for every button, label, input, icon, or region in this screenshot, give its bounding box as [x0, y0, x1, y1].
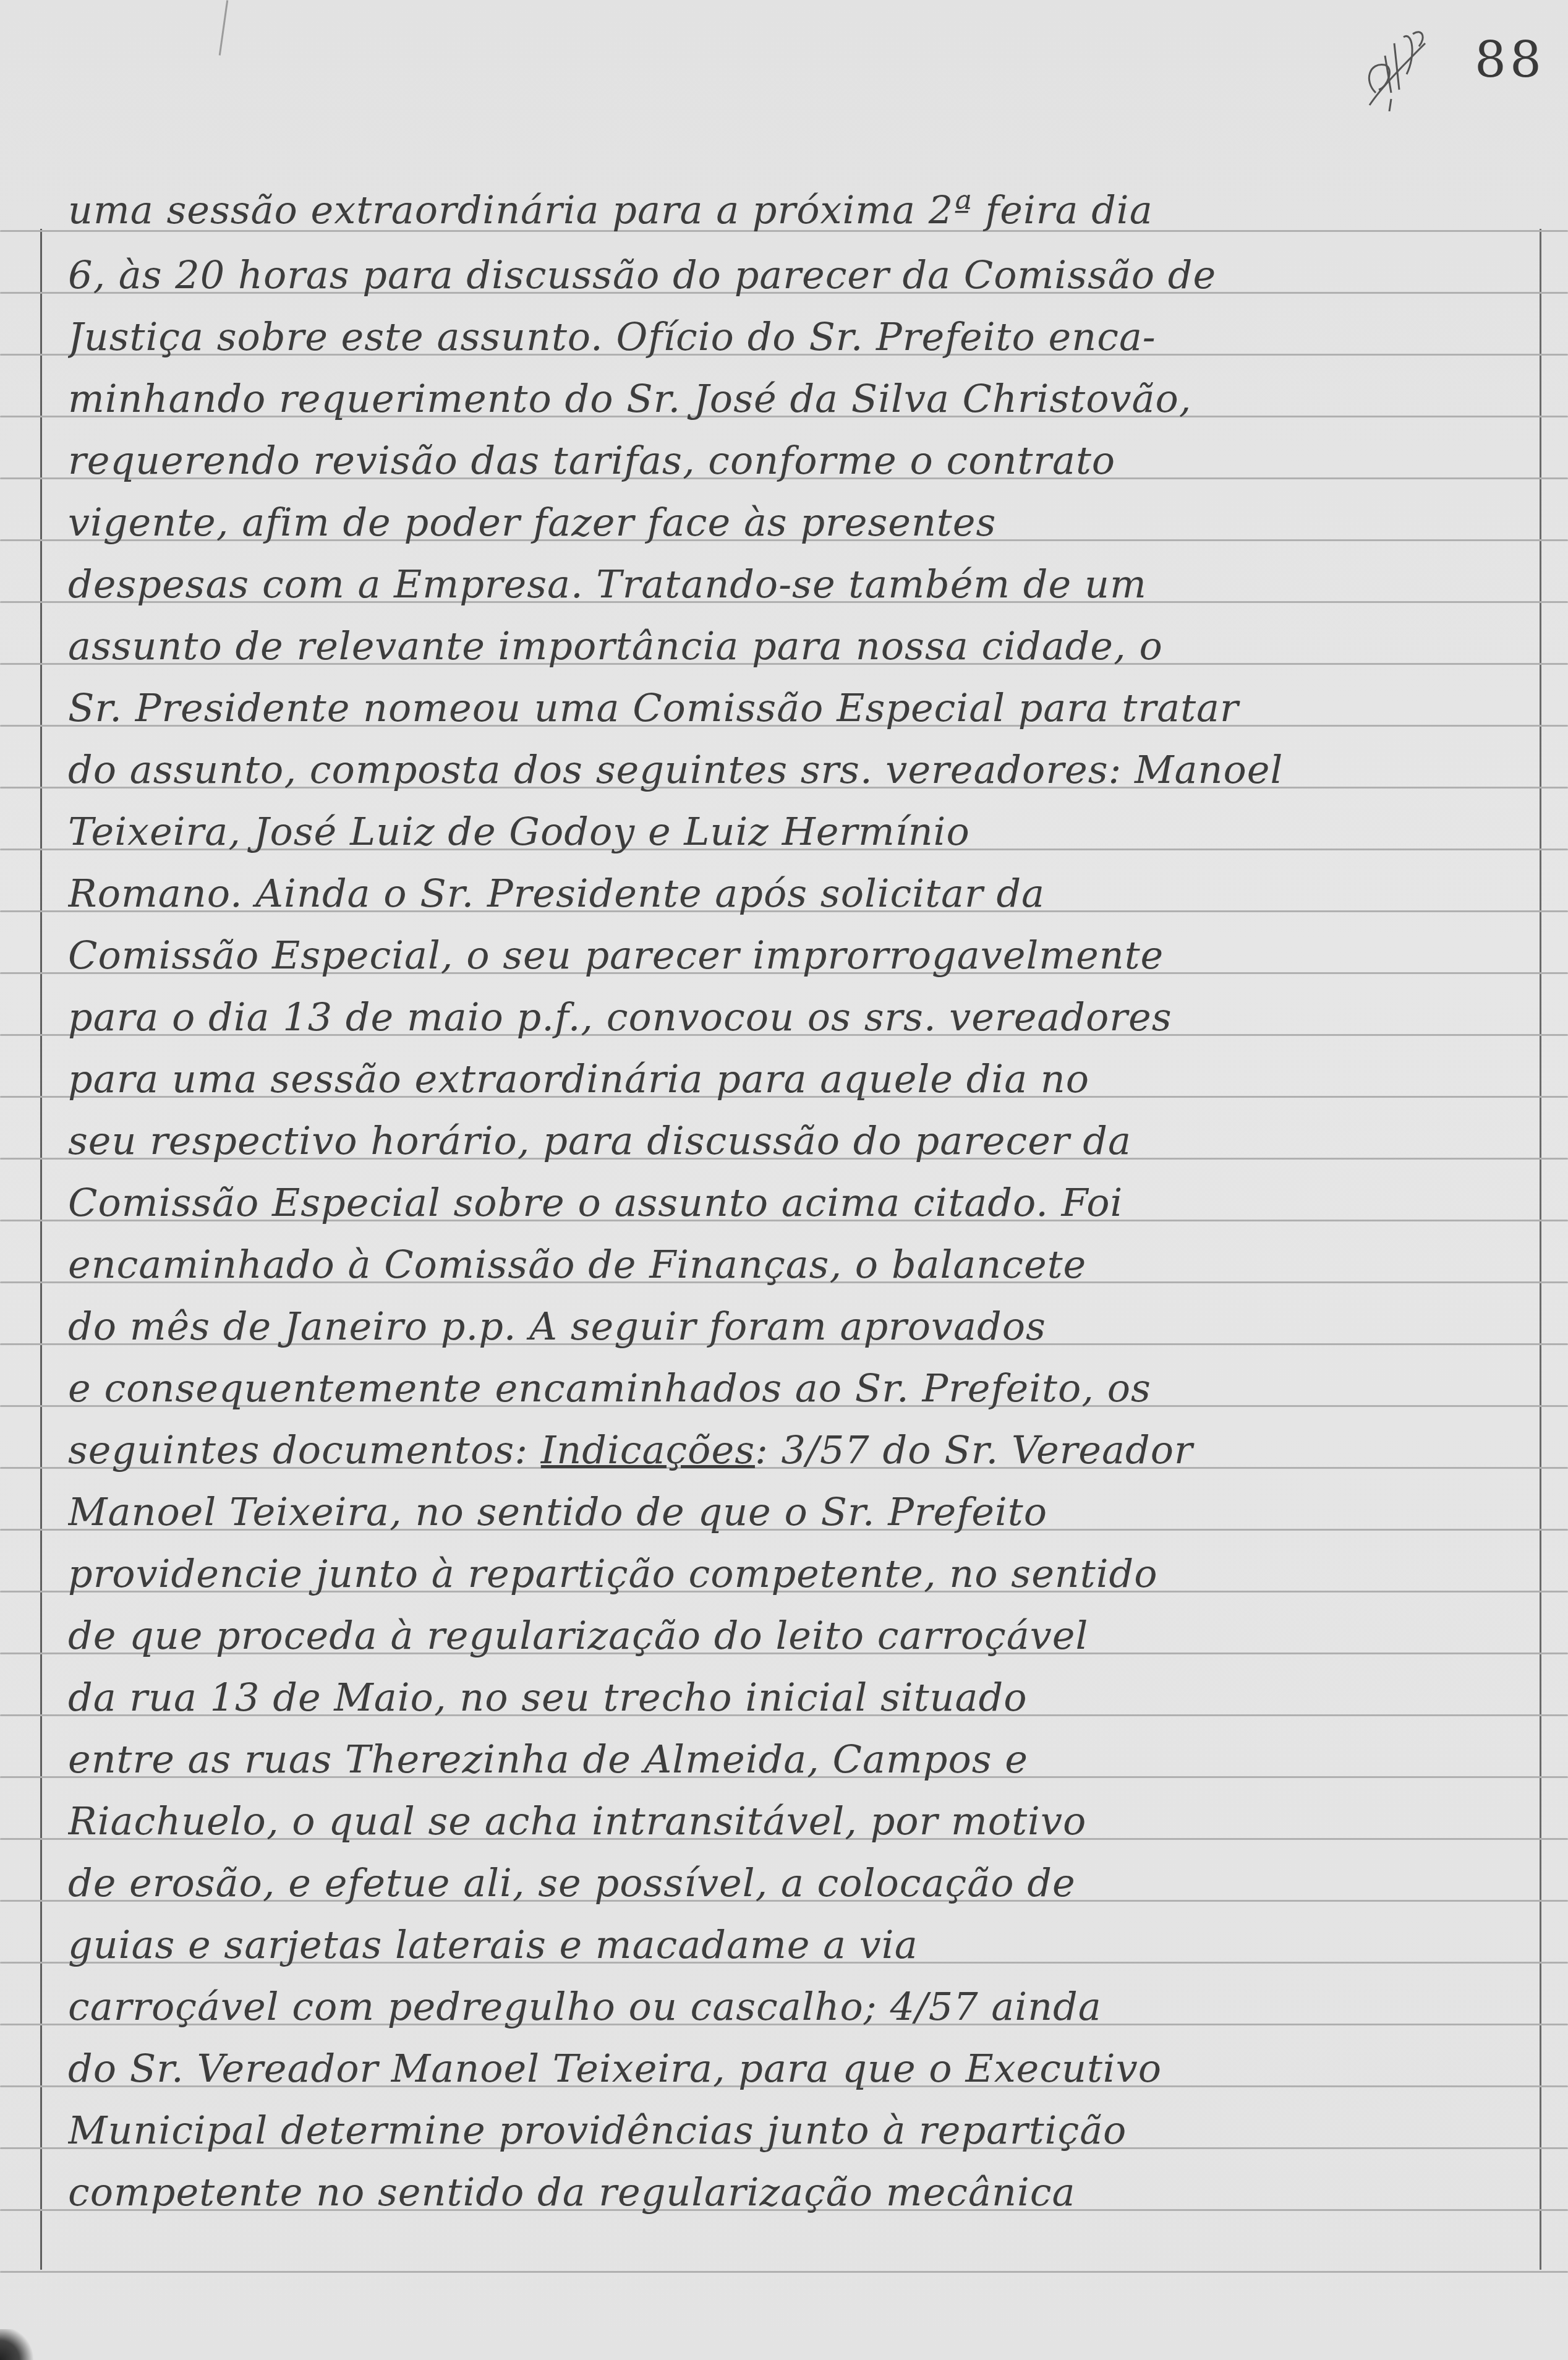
text-line: uma sessão extraordinária para a próxima…	[68, 186, 1533, 235]
margin-pencil-mark	[219, 0, 228, 56]
rubric-signature-icon	[1357, 19, 1431, 111]
text-line: entre as ruas Therezinha de Almeida, Cam…	[68, 1735, 1533, 1784]
text-line: requerendo revisão das tarifas, conforme…	[68, 436, 1533, 485]
text-line: do assunto, composta dos seguintes srs. …	[68, 745, 1533, 795]
text-line: despesas com a Empresa. Tratando-se tamb…	[68, 560, 1533, 609]
text-line: Sr. Presidente nomeou uma Comissão Espec…	[68, 683, 1533, 733]
text-line: competente no sentido da regularização m…	[68, 2168, 1533, 2217]
text-line: de erosão, e efetue ali, se possível, a …	[68, 1858, 1533, 1908]
document-page: 88 uma sessão extraordinária para a próx…	[0, 0, 1568, 2360]
text-line: de que proceda à regularização do leito …	[68, 1611, 1533, 1661]
text-line: encaminhado à Comissão de Finanças, o ba…	[68, 1240, 1533, 1289]
text-line: para uma sessão extraordinária para aque…	[68, 1054, 1533, 1104]
text-line: Comissão Especial, o seu parecer improrr…	[68, 931, 1533, 980]
text-line: Municipal determine providências junto à…	[68, 2106, 1533, 2155]
text-line: Teixeira, José Luiz de Godoy e Luiz Herm…	[68, 807, 1533, 857]
text-line: guias e sarjetas laterais e macadame a v…	[68, 1920, 1533, 1970]
text-line: Manoel Teixeira, no sentido de que o Sr.…	[68, 1487, 1533, 1537]
text-line: vigente, afim de poder fazer face às pre…	[68, 498, 1533, 547]
text-line: para o dia 13 de maio p.f., convocou os …	[68, 993, 1533, 1042]
text-line: providencie junto à repartição competent…	[68, 1549, 1533, 1599]
text-line: Comissão Especial sobre o assunto acima …	[68, 1178, 1533, 1228]
text-line: Romano. Ainda o Sr. Presidente após soli…	[68, 869, 1533, 918]
text-line: da rua 13 de Maio, no seu trecho inicial…	[68, 1673, 1533, 1722]
text-line: assunto de relevante importância para no…	[68, 622, 1533, 671]
text-line: seu respectivo horário, para discussão d…	[68, 1116, 1533, 1166]
scan-edge-shadow	[0, 2329, 37, 2360]
right-margin-line	[1540, 229, 1541, 2270]
text-line: minhando requerimento do Sr. José da Sil…	[68, 374, 1533, 424]
text-line: 6, às 20 horas para discussão do parecer…	[68, 250, 1533, 300]
ruled-line	[0, 2271, 1568, 2273]
text-line: carroçável com pedregulho ou cascalho; 4…	[68, 1982, 1533, 2032]
text-line: e consequentemente encaminhados ao Sr. P…	[68, 1364, 1533, 1413]
underlined-heading: Indicações	[541, 1427, 755, 1473]
left-margin-line	[40, 229, 42, 2270]
text-line-indicacoes: seguintes documentos: Indicações: 3/57 d…	[68, 1426, 1533, 1475]
text-line: Riachuelo, o qual se acha intransitável,…	[68, 1797, 1533, 1846]
page-number: 88	[1475, 31, 1545, 88]
text-line: Justiça sobre este assunto. Ofício do Sr…	[68, 312, 1533, 362]
text-line: do mês de Janeiro p.p. A seguir foram ap…	[68, 1302, 1533, 1351]
text-line: do Sr. Vereador Manoel Teixeira, para qu…	[68, 2044, 1533, 2093]
